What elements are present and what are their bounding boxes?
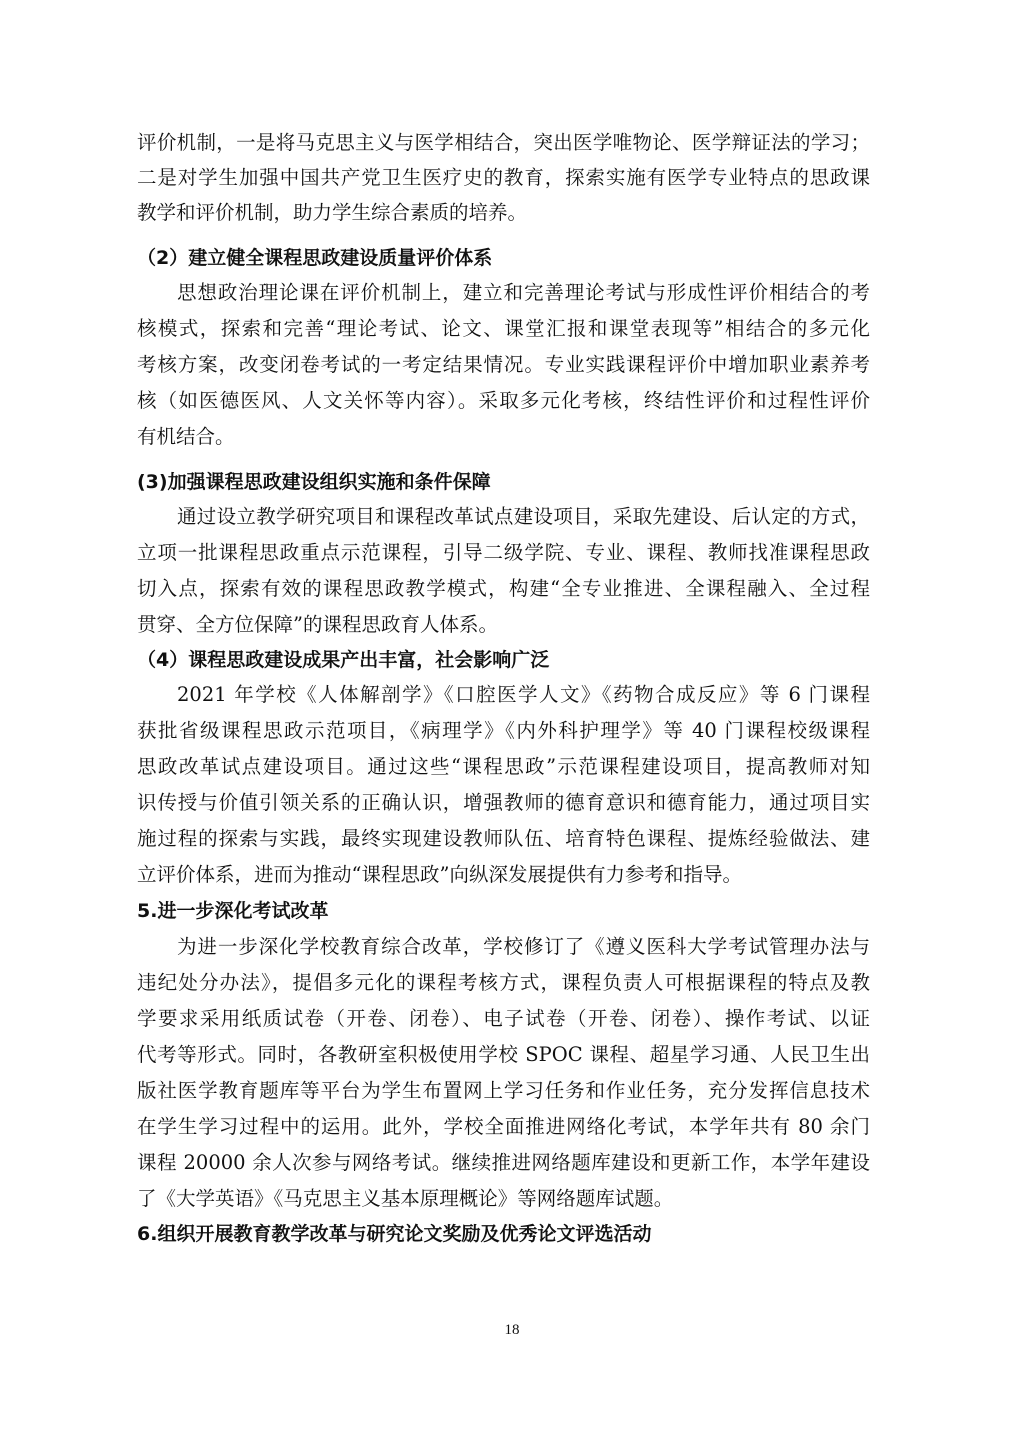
paragraph-last-line: 了《大学英语》《马克思主义基本原理概论》等网络题库试题。 xyxy=(137,1181,870,1217)
body-text-line: 在学生学习过程中的运用。此外，学校全面推进网络化考试，本学年共有 80 余门 xyxy=(137,1109,870,1145)
body-text-line: 施过程的探索与实践，最终实现建设教师队伍、培育特色课程、提炼经验做法、建 xyxy=(137,821,870,857)
body-text-line: 考核方案，改变闭卷考试的一考定结果情况。专业实践课程评价中增加职业素养考 xyxy=(137,347,870,383)
body-text-line: 立项一批课程思政重点示范课程，引导二级学院、专业、课程、教师找准课程思政 xyxy=(137,535,870,571)
page-number: 18 xyxy=(0,1322,1024,1339)
body-text-line: 版社医学教育题库等平台为学生布置网上学习任务和作业任务，充分发挥信息技术 xyxy=(137,1073,870,1109)
body-text-line: 获批省级课程思政示范项目，《病理学》《内外科护理学》等 40 门课程校级课程 xyxy=(137,713,870,749)
paragraph-first-line: 为进一步深化学校教育综合改革，学校修订了《遵义医科大学考试管理办法与 xyxy=(137,929,870,965)
body-text-line: 学要求采用纸质试卷（开卷、闭卷）、电子试卷（开卷、闭卷）、操作考试、以证 xyxy=(137,1001,870,1037)
body-text-line: 代考等形式。同时，各教研室积极使用学校 SPOC 课程、超星学习通、人民卫生出 xyxy=(137,1037,870,1073)
body-text-line: 思政改革试点建设项目。通过这些“课程思政”示范课程建设项目，提高教师对知 xyxy=(137,749,870,785)
body-text-line: 课程 20000 余人次参与网络考试。继续推进网络题库建设和更新工作，本学年建设 xyxy=(137,1145,870,1181)
paragraph-first-line: 2021 年学校《人体解剖学》《口腔医学人文》《药物合成反应》等 6 门课程 xyxy=(137,677,870,713)
body-text-line: 核（如医德医风、人文关怀等内容）。采取多元化考核，终结性评价和过程性评价 xyxy=(137,383,870,419)
body-text-line: 核模式，探索和完善“理论考试、论文、课堂汇报和课堂表现等”相结合的多元化 xyxy=(137,311,870,347)
paragraph-last-line: 立评价体系，进而为推动“课程思政”向纵深发展提供有力参考和指导。 xyxy=(137,857,870,893)
section-heading: （2）建立健全课程思政建设质量评价体系 xyxy=(137,240,870,276)
body-text-line: 评价机制，一是将马克思主义与医学相结合，突出医学唯物论、医学辩证法的学习； xyxy=(137,125,870,161)
paragraph-last-line: 贯穿、全方位保障”的课程思政育人体系。 xyxy=(137,607,870,643)
paragraph-last-line: 有机结合。 xyxy=(137,419,870,455)
paragraph-first-line: 思想政治理论课在评价机制上，建立和完善理论考试与形成性评价相结合的考 xyxy=(137,275,870,311)
paragraph-last-line: 教学和评价机制，助力学生综合素质的培养。 xyxy=(137,195,870,231)
section-heading: 6.组织开展教育教学改革与研究论文奖励及优秀论文评选活动 xyxy=(137,1216,870,1252)
section-heading: (3)加强课程思政建设组织实施和条件保障 xyxy=(137,464,870,500)
body-text-line: 二是对学生加强中国共产党卫生医疗史的教育，探索实施有医学专业特点的思政课 xyxy=(137,160,870,196)
section-heading: 5.进一步深化考试改革 xyxy=(137,893,870,929)
body-text-line: 识传授与价值引领关系的正确认识，增强教师的德育意识和德育能力，通过项目实 xyxy=(137,785,870,821)
paragraph-first-line: 通过设立教学研究项目和课程改革试点建设项目，采取先建设、后认定的方式， xyxy=(137,499,870,535)
body-text-line: 违纪处分办法》，提倡多元化的课程考核方式，课程负责人可根据课程的特点及教 xyxy=(137,965,870,1001)
body-text-line: 切入点，探索有效的课程思政教学模式，构建“全专业推进、全课程融入、全过程 xyxy=(137,571,870,607)
section-heading: （4）课程思政建设成果产出丰富，社会影响广泛 xyxy=(137,642,870,678)
